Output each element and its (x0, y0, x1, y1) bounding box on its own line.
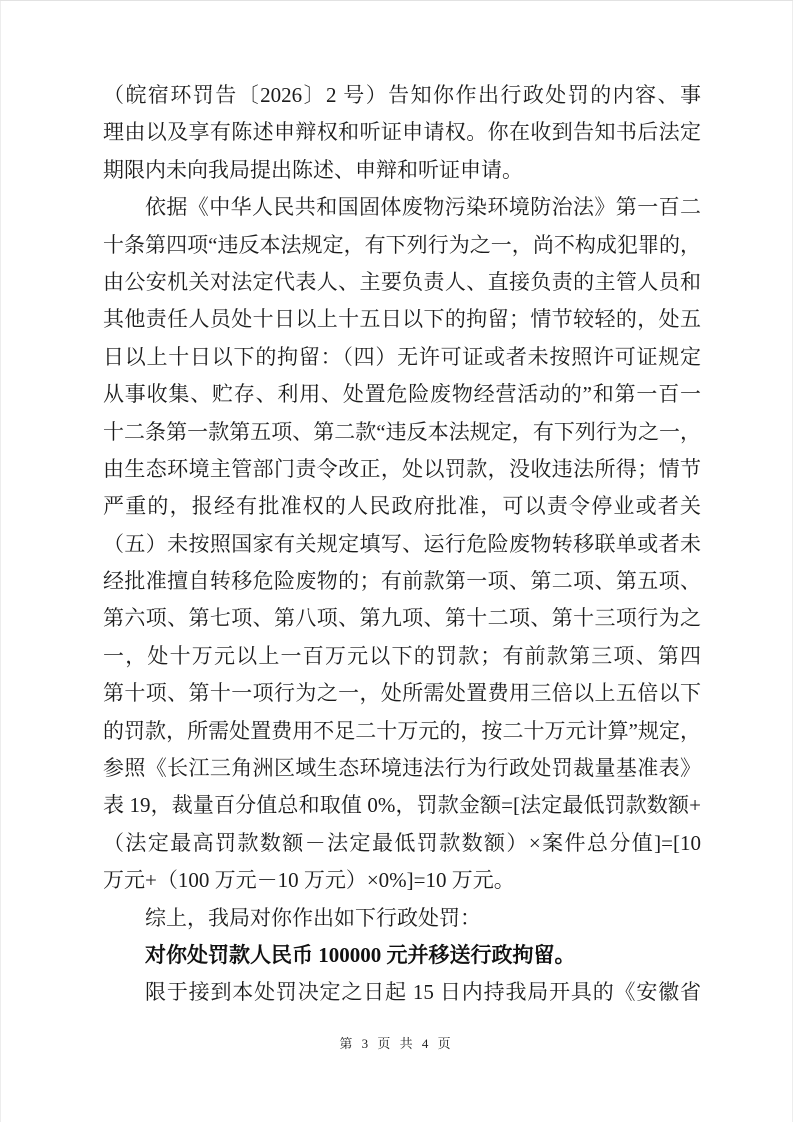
text-line: 严重的，报经有批准权的人民政府批准，可以责令停业或者关闭： (103, 488, 701, 525)
text-line: 限于接到本处罚决定之日起 15 日内持我局开具的《安徽省 (103, 974, 701, 1011)
text-line: 由公安机关对法定代表人、主要负责人、直接负责的主管人员和 (103, 264, 701, 301)
document-body: （皖宿环罚告〔2026〕2 号）告知你作出行政处罚的内容、事实、 理由以及享有陈… (103, 77, 701, 1012)
text-line: 由生态环境主管部门责令改正，处以罚款，没收违法所得；情节 (103, 451, 701, 488)
text-line: 十二条第一款第五项、第二款“违反本法规定，有下列行为之一， (103, 414, 701, 451)
text-line: 第十项、第十一项行为之一，处所需处置费用三倍以上五倍以下 (103, 675, 701, 712)
text-line: 依据《中华人民共和国固体废物污染环境防治法》第一百二 (103, 189, 701, 226)
text-line: 参照《长江三角洲区域生态环境违法行为行政处罚裁量基准表》 (103, 750, 701, 787)
text-line: （五）未按照国家有关规定填写、运行危险废物转移联单或者未 (103, 526, 701, 563)
text-line: 万元+（100 万元－10 万元）×0%]=10 万元。 (103, 862, 701, 899)
page-footer: 第 3 页 共 4 页 (0, 1033, 793, 1052)
text-line: 综上，我局对你作出如下行政处罚： (103, 900, 701, 937)
text-line: （法定最高罚款数额－法定最低罚款数额）×案件总分值]=[10 (103, 825, 701, 862)
text-line: 的罚款，所需处置费用不足二十万元的，按二十万元计算”规定， (103, 713, 701, 750)
text-line: 一，处十万元以上一百万元以下的罚款；有前款第三项、第四项、 (103, 638, 701, 675)
document-page: （皖宿环罚告〔2026〕2 号）告知你作出行政处罚的内容、事实、 理由以及享有陈… (0, 0, 793, 1122)
text-line: 理由以及享有陈述申辩权和听证申请权。你在收到告知书后法定 (103, 114, 701, 151)
text-line: 表 19，裁量百分值总和取值 0%，罚款金额=[法定最低罚款数额+ (103, 787, 701, 824)
penalty-statement-line: 对你处罚款人民币 100000 元并移送行政拘留。 (103, 937, 701, 974)
text-line: 经批准擅自转移危险废物的；有前款第一项、第二项、第五项、 (103, 563, 701, 600)
text-line: （皖宿环罚告〔2026〕2 号）告知你作出行政处罚的内容、事实、 (103, 77, 701, 114)
text-line: 十条第四项“违反本法规定，有下列行为之一，尚不构成犯罪的， (103, 227, 701, 264)
text-line: 期限内未向我局提出陈述、申辩和听证申请。 (103, 152, 701, 189)
text-line: 第六项、第七项、第八项、第九项、第十二项、第十三项行为之 (103, 600, 701, 637)
text-line: 其他责任人员处十日以上十五日以下的拘留；情节较轻的，处五 (103, 301, 701, 338)
text-line: 日以上十日以下的拘留：（四）无许可证或者未按照许可证规定 (103, 339, 701, 376)
text-line: 从事收集、贮存、利用、处置危险废物经营活动的”和第一百一 (103, 376, 701, 413)
